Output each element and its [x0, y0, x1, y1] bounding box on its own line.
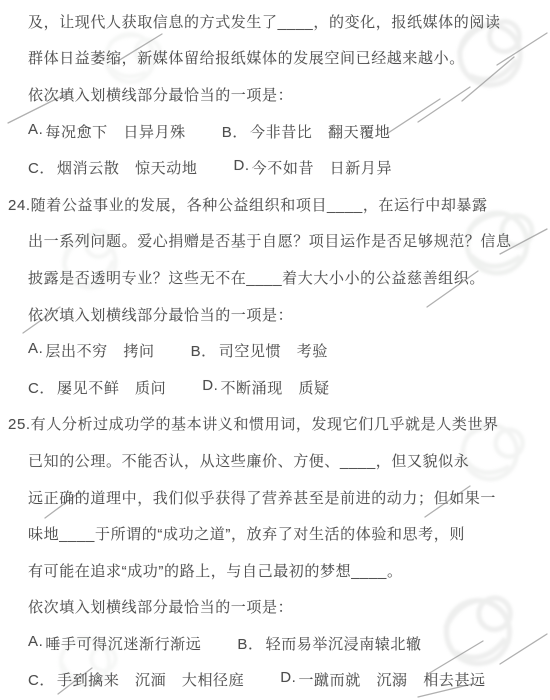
option-text: 轻而易举沉浸南辕北辙	[266, 633, 422, 654]
question-25: 25.有人分析过成功学的基本讲义和惯用词，发现它们几乎就是人类世界 已知的公理。…	[6, 406, 542, 699]
option-d: D.不断涌现 质疑	[202, 377, 329, 398]
option-a: A.每况愈下 日异月殊	[28, 121, 186, 142]
options-row-cd: C．烟消云散 惊天动地 D.今不如昔 日新月异	[6, 149, 542, 186]
option-label: D.	[280, 669, 296, 690]
option-text: 手到擒来 沉湎 大相径庭	[57, 669, 244, 690]
options-row-ab: A.每况愈下 日异月殊 B．今非昔比 翻天覆地	[6, 113, 542, 150]
option-a: A.唾手可得沉迷渐行渐远	[28, 633, 201, 654]
option-b: B．今非昔比 翻天覆地	[222, 121, 391, 142]
option-b: B．轻而易举沉浸南辕北辙	[237, 633, 421, 654]
option-text: 屡见不鲜 质问	[57, 377, 166, 398]
option-text: 不断涌现 质疑	[220, 377, 329, 398]
option-text: 一蹴而就 沉溺 相去甚远	[298, 669, 485, 690]
option-text: 唾手可得沉迷渐行渐远	[45, 633, 201, 654]
option-text: 今不如昔 日新月异	[252, 157, 392, 178]
option-label: D.	[202, 377, 218, 398]
fill-blank-prompt: 依次填入划横线部分最恰当的一项是：	[6, 76, 542, 113]
option-b: B．司空见惯 考验	[191, 340, 328, 361]
question-23: 及，让现代人获取信息的方式发生了____，的变化，报纸媒体的阅读 群体日益萎缩，…	[6, 3, 542, 186]
option-label: A.	[28, 340, 43, 361]
option-label: D.	[233, 157, 249, 178]
question-text-line: 已知的公理。不能否认，从这些廉价、方便、____，但又貌似永	[6, 442, 542, 479]
fill-blank-prompt: 依次填入划横线部分最恰当的一项是：	[6, 589, 542, 626]
option-text: 今非昔比 翻天覆地	[250, 121, 390, 142]
option-d: D.今不如昔 日新月异	[233, 157, 392, 178]
option-text: 层出不穷 拷问	[45, 340, 154, 361]
option-label: A.	[28, 121, 43, 142]
option-c: C．烟消云散 惊天动地	[28, 157, 197, 178]
option-label: C．	[28, 377, 55, 398]
option-label: C．	[28, 669, 55, 690]
option-c: C．屡见不鲜 质问	[28, 377, 166, 398]
question-text-line: 24.随着公益事业的发展，各种公益组织和项目____，在运行中却暴露	[6, 186, 542, 223]
question-text-line: 远正确的道理中，我们似乎获得了营养甚至是前进的动力；但如果一	[6, 479, 542, 516]
options-row-cd: C．屡见不鲜 质问 D.不断涌现 质疑	[6, 369, 542, 406]
fill-blank-prompt: 依次填入划横线部分最恰当的一项是：	[6, 296, 542, 333]
question-text-line: 群体日益萎缩，新媒体留给报纸媒体的发展空间已经越来越小。	[6, 40, 542, 77]
option-label: B．	[237, 633, 263, 654]
options-row-ab: A.层出不穷 拷问 B．司空见惯 考验	[6, 332, 542, 369]
question-text-line: 披露是否透明专业？这些无不在____着大大小小的公益慈善组织。	[6, 259, 542, 296]
option-text: 司空见惯 考验	[219, 340, 328, 361]
option-text: 每况愈下 日异月殊	[45, 121, 185, 142]
question-24: 24.随着公益事业的发展，各种公益组织和项目____，在运行中却暴露 出一系列问…	[6, 186, 542, 406]
option-label: A.	[28, 633, 43, 654]
question-text-line: 味地____于所谓的“成功之道”，放弃了对生活的体验和思考，则	[6, 515, 542, 552]
option-label: C．	[28, 157, 55, 178]
test-content: 及，让现代人获取信息的方式发生了____，的变化，报纸媒体的阅读 群体日益萎缩，…	[0, 0, 550, 700]
question-text-line: 及，让现代人获取信息的方式发生了____，的变化，报纸媒体的阅读	[6, 3, 542, 40]
question-text-line: 有可能在追求“成功”的路上，与自己最初的梦想____。	[6, 552, 542, 589]
options-row-ab: A.唾手可得沉迷渐行渐远 B．轻而易举沉浸南辕北辙	[6, 625, 542, 662]
option-c: C．手到擒来 沉湎 大相径庭	[28, 669, 244, 690]
option-d: D.一蹴而就 沉溺 相去甚远	[280, 669, 485, 690]
scanned-test-page: 及，让现代人获取信息的方式发生了____，的变化，报纸媒体的阅读 群体日益萎缩，…	[0, 0, 550, 700]
question-text-line: 出一系列问题。爱心捐赠是否基于自愿？项目运作是否足够规范？信息	[6, 223, 542, 260]
option-label: B．	[191, 340, 217, 361]
options-row-cd: C．手到擒来 沉湎 大相径庭 D.一蹴而就 沉溺 相去甚远	[6, 662, 542, 699]
option-a: A.层出不穷 拷问	[28, 340, 155, 361]
option-label: B．	[222, 121, 248, 142]
question-text-line: 25.有人分析过成功学的基本讲义和惯用词，发现它们几乎就是人类世界	[6, 406, 542, 443]
option-text: 烟消云散 惊天动地	[57, 157, 197, 178]
